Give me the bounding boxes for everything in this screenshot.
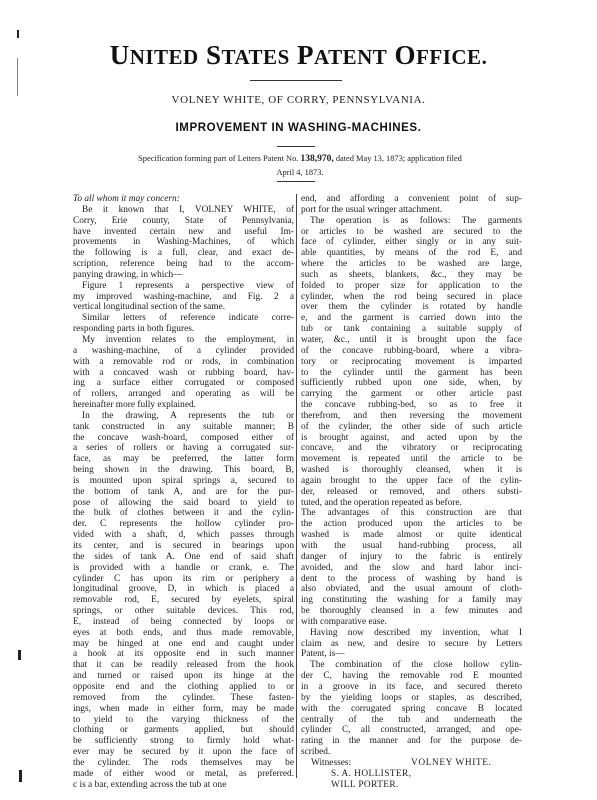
text-line: tory or reciprocating movement is impart…	[301, 357, 522, 368]
text-line: may be hinged at one end and caught unde…	[73, 639, 294, 650]
text-line: the concave wash-board, composed either …	[73, 433, 294, 444]
right-column: end, and affording a convenient point of…	[301, 194, 522, 792]
specification-line: Specification forming part of Letters Pa…	[95, 152, 505, 179]
text-line: the bottom of tank A, and are for the pu…	[73, 487, 294, 498]
application-date: April 4, 1873.	[277, 168, 324, 177]
text-line: ing a surface either corrugated or compo…	[73, 378, 294, 389]
text-line: der. C represents the hollow cylinder pr…	[73, 519, 294, 530]
text-line: panying drawing, in which—	[73, 270, 294, 281]
patent-number: 138,970,	[300, 154, 333, 164]
text-line: the action produced upon the articles to…	[301, 519, 522, 530]
text-line: also obviated, and the usual amount of c…	[301, 584, 522, 595]
text-line: washed is thoroughly cleansed, when it i…	[301, 465, 522, 476]
text-line: with the corrugated spring concave B loc…	[301, 704, 522, 715]
text-line: E, instead of being connected by loops o…	[73, 617, 294, 628]
text-line: centrally of the tub and underneath the	[301, 715, 522, 726]
salutation: To all whom it may concern:	[73, 194, 294, 205]
text-line: by the yielding loops or staples, as des…	[301, 693, 522, 704]
text-line: able quantities, by means of the rod E, …	[301, 248, 522, 259]
witness-name: S. A. HOLLISTER,	[331, 769, 411, 780]
text-line: springs, or other suitable devices. This…	[73, 606, 294, 617]
text-line: der C, having the removable rod E mounte…	[301, 671, 522, 682]
text-line: Figure 1 represents a perspective view o…	[73, 281, 294, 292]
scan-mark	[17, 30, 19, 38]
left-column: To all whom it may concern: Be it known …	[73, 194, 294, 790]
title-word: PATENT	[297, 40, 387, 70]
text-line: its center, and is secured in bearings u…	[73, 541, 294, 552]
text-line: avoided, and the slow and hard labor inc…	[301, 563, 522, 574]
text-line: to the cylinder until the garment has be…	[301, 368, 522, 379]
scan-mark	[18, 650, 21, 660]
text-line: with comparative ease.	[301, 617, 522, 628]
signature-block: Witnesses:VOLNEY WHITE.S. A. HOLLISTER,W…	[301, 758, 522, 792]
text-line: of rollers, arranged and operating as wi…	[73, 389, 294, 400]
text-line: the sides of tank A. One end of said sha…	[73, 552, 294, 563]
text-line: dent to the process of washing by hand i…	[301, 574, 522, 585]
text-line: clothing or garments applied, but should	[73, 725, 294, 736]
text-line: end, and affording a convenient point of…	[301, 194, 522, 205]
text-line: ing constituting the washing for a famil…	[301, 595, 522, 606]
text-line: scribed.	[301, 747, 522, 758]
text-line: a washing-machine, of a cylinder provide…	[73, 346, 294, 357]
text-line: water, &c., until it is brought upon the…	[301, 335, 522, 346]
text-line: being shown in the drawing. This board, …	[73, 465, 294, 476]
text-line: washed is made almost or quite identical	[301, 530, 522, 541]
text-line: with the usual hand-rubbing process, all	[301, 541, 522, 552]
text-line: made of either wood or metal, as preferr…	[73, 769, 294, 780]
text-line: sufficiently rubbed upon one side, when,…	[301, 378, 522, 389]
text-line: claim as new, and desire to secure by Le…	[301, 639, 522, 650]
text-line: My invention relates to the employment, …	[73, 335, 294, 346]
text-line: cylinder C has upon its rim or periphery…	[73, 574, 294, 585]
text-line: Similar letters of reference indicate co…	[73, 313, 294, 324]
text-line: c is a bar, extending across the tub at …	[73, 780, 294, 791]
text-line: tuted, and the operation repeated as bef…	[301, 498, 522, 509]
text-line: that it can be readily released from the…	[73, 660, 294, 671]
text-line: where the articles to be washed are larg…	[301, 259, 522, 270]
text-line: therefrom, and then reversing the moveme…	[301, 411, 522, 422]
text-line: scription, reference being had to the ac…	[73, 259, 294, 270]
text-line: responding parts in both figures.	[73, 324, 294, 335]
text-line: such as sheets, blankets, &c., they may …	[301, 270, 522, 281]
text-line: have invented certain new and useful Im-	[73, 227, 294, 238]
text-line: hereinafter more fully explained.	[73, 400, 294, 411]
text-line: In the drawing, A represents the tub or	[73, 411, 294, 422]
text-line: the concave rubbing-bed, so as to free i…	[301, 400, 522, 411]
text-line: and turned or raised upon its hinge at t…	[73, 671, 294, 682]
text-line: the bulk of clothes between it and the c…	[73, 508, 294, 519]
text-line: longitudinal groove, D, in which is plac…	[73, 584, 294, 595]
text-line: tank constructed in any suitable manner;…	[73, 422, 294, 433]
text-line: folded to proper size for application to…	[301, 281, 522, 292]
title-word: OFFICE.	[395, 40, 488, 70]
text-line: again brought to the upper face of the c…	[301, 476, 522, 487]
text-line: cylinder C, all constructed, arranged, a…	[301, 725, 522, 736]
text-line: to yield to the varying thickness of the	[73, 715, 294, 726]
scan-mark	[19, 770, 22, 782]
text-line: removable rod, E, secured by eyelets, sp…	[73, 595, 294, 606]
text-line: Patent, is—	[301, 649, 522, 660]
text-line: cylinder, when the rod being secured in …	[301, 292, 522, 303]
text-line: concave, and the vibratory or reciprocat…	[301, 443, 522, 454]
text-line: eyes at both ends, and thus made removab…	[73, 628, 294, 639]
witnesses-label: Witnesses:	[311, 758, 351, 769]
text-line: der, released or removed, and others sub…	[301, 487, 522, 498]
subject-rule	[277, 146, 315, 147]
text-line: be sufficiently strong to firmly hold wh…	[73, 736, 294, 747]
text-line: vided with a shaft, d, which passes thro…	[73, 530, 294, 541]
text-line: face of cylinder, either singly or in an…	[301, 237, 522, 248]
text-line: The combination of the close hollow cyli…	[301, 660, 522, 671]
subject-heading: IMPROVEMENT IN WASHING-MACHINES.	[0, 122, 597, 134]
text-line: is mounted upon spiral springs a, secure…	[73, 476, 294, 487]
text-line: Corry, Erie county, State of Pennsylvani…	[73, 216, 294, 227]
text-line: vertical longitudinal section of the sam…	[73, 302, 294, 313]
witness-name: WILL PORTER.	[331, 780, 399, 791]
text-line: danger of injury to the fabric is entire…	[301, 552, 522, 563]
text-line: carrying the garment or other article pa…	[301, 389, 522, 400]
text-line: Be it known that I, VOLNEY WHITE, of	[73, 205, 294, 216]
text-line: is brought against, and acted upon by th…	[301, 433, 522, 444]
text-line: The operation is as follows: The garment…	[301, 216, 522, 227]
title-rule	[250, 80, 342, 81]
text-line: removed from the cylinder. These fasten-	[73, 693, 294, 704]
inventor-signature: VOLNEY WHITE.	[411, 758, 491, 769]
text-line: with a removable rod or rods, in combina…	[73, 357, 294, 368]
text-line: my improved washing-machine, and Fig. 2 …	[73, 292, 294, 303]
text-line: face, as may be preferred, the latter fo…	[73, 454, 294, 465]
text-line: ever may be secured by it upon the face …	[73, 747, 294, 758]
text-line: provements in Washing-Machines, of which	[73, 237, 294, 248]
office-title: UNITED STATES PATENT OFFICE.	[0, 40, 597, 71]
text-line: of the cylinder, the other side of such …	[301, 422, 522, 433]
text-line: a series of rollers or having a corrugat…	[73, 443, 294, 454]
text-line: over them the cylinder is rotated by han…	[301, 302, 522, 313]
spec-rule	[277, 181, 315, 182]
text-line: Having now described my invention, what …	[301, 628, 522, 639]
text-line: be thoroughly cleansed in a few minutes …	[301, 606, 522, 617]
text-line: is provided with a handle or crank, e. T…	[73, 563, 294, 574]
text-line: ings, when made in either form, may be m…	[73, 704, 294, 715]
text-line: The advantages of this construction are …	[301, 508, 522, 519]
text-line: in a groove in its face, and secured the…	[301, 682, 522, 693]
text-line: with a concaved wash or rubbing board, h…	[73, 368, 294, 379]
text-line: opposite end and the clothing applied to…	[73, 682, 294, 693]
text-line: or articles to be washed are secured to …	[301, 227, 522, 238]
text-line: the cylinder. The rods themselves may be	[73, 758, 294, 769]
text-line: e, and the garment is carried down into …	[301, 313, 522, 324]
text-line: movement is repeated until the article t…	[301, 454, 522, 465]
text-line: pose of allowing the said board to yield…	[73, 498, 294, 509]
text-line: rating in the manner and for the purpose…	[301, 736, 522, 747]
text-line: a hook at its opposite end in such manne…	[73, 649, 294, 660]
title-word: UNITED	[110, 40, 199, 70]
text-line: of the concave rubbing-board, where a vi…	[301, 346, 522, 357]
text-line: port for the usual wringer attachment.	[301, 205, 522, 216]
title-word: STATES	[206, 40, 290, 70]
column-divider	[296, 194, 297, 778]
inventor-line: VOLNEY WHITE, OF CORRY, PENNSYLVANIA.	[0, 94, 597, 106]
text-line: the following is a full, clear, and exac…	[73, 248, 294, 259]
text-line: tub or tank containing a suitable supply…	[301, 324, 522, 335]
